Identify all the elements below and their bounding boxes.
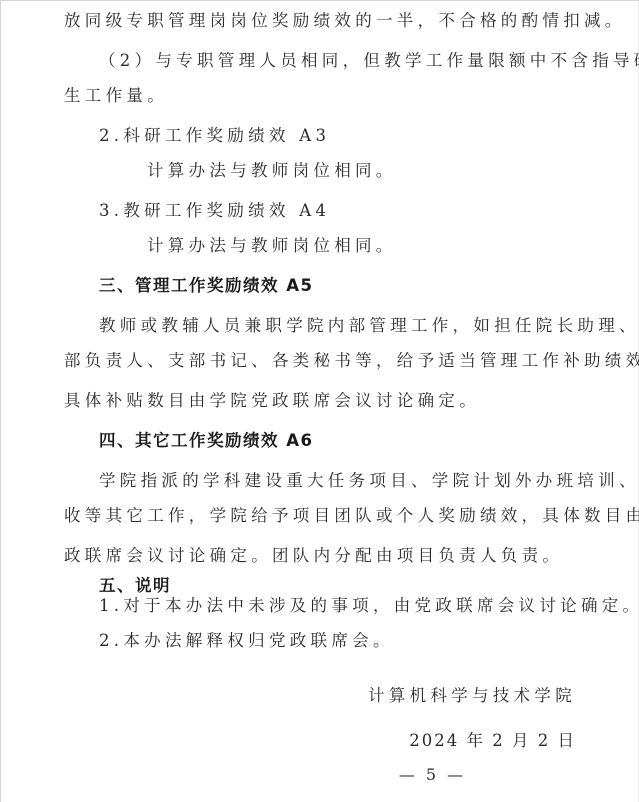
list-item: 1.对于本办法中未涉及的事项，由党政联席会议讨论确定。 bbox=[99, 595, 639, 617]
page-number-container: — 5 — bbox=[1, 765, 638, 784]
paragraph-line: （2）与专职管理人员相同，但教学工作量限额中不含指导研究 bbox=[99, 50, 639, 72]
signature-organization: 计算机科学与技术学院 bbox=[368, 685, 576, 707]
section-heading-notes: 五、说明 bbox=[99, 575, 171, 597]
list-item: 2.本办法解释权归党政联席会。 bbox=[99, 630, 394, 652]
section-heading-a6: 四、其它工作奖励绩效 A6 bbox=[99, 430, 314, 452]
signature-date: 2024 年 2 月 2 日 bbox=[409, 730, 576, 752]
paragraph-line: 计算办法与教师岗位相同。 bbox=[147, 235, 397, 257]
subsection-title-a3: 2.科研工作奖励绩效 A3 bbox=[99, 125, 330, 147]
paragraph-line: 部负责人、支部书记、各类秘书等，给予适当管理工作补助绩效， bbox=[64, 350, 639, 372]
document-page: 放同级专职管理岗岗位奖励绩效的一半，不合格的酌情扣减。 （2）与专职管理人员相同… bbox=[0, 0, 639, 802]
paragraph-line: 计算办法与教师岗位相同。 bbox=[147, 160, 397, 182]
paragraph-line: 收等其它工作，学院给予项目团队或个人奖励绩效，具体数目由党 bbox=[64, 505, 639, 527]
paragraph-line: 教师或教辅人员兼职学院内部管理工作，如担任院长助理、系 bbox=[99, 315, 639, 337]
subsection-title-a4: 3.教研工作奖励绩效 A4 bbox=[99, 200, 330, 222]
page-number: — 5 — bbox=[399, 765, 466, 784]
paragraph-line: 放同级专职管理岗岗位奖励绩效的一半，不合格的酌情扣减。 bbox=[64, 10, 626, 32]
paragraph-line: 具体补贴数目由学院党政联席会议讨论确定。 bbox=[64, 390, 480, 412]
section-heading-a5: 三、管理工作奖励绩效 A5 bbox=[99, 275, 314, 297]
paragraph-line: 学院指派的学科建设重大任务项目、学院计划外办班培训、创 bbox=[99, 470, 639, 492]
paragraph-line: 生工作量。 bbox=[64, 85, 168, 107]
paragraph-line: 政联席会议讨论确定。团队内分配由项目负责人负责。 bbox=[64, 545, 563, 567]
